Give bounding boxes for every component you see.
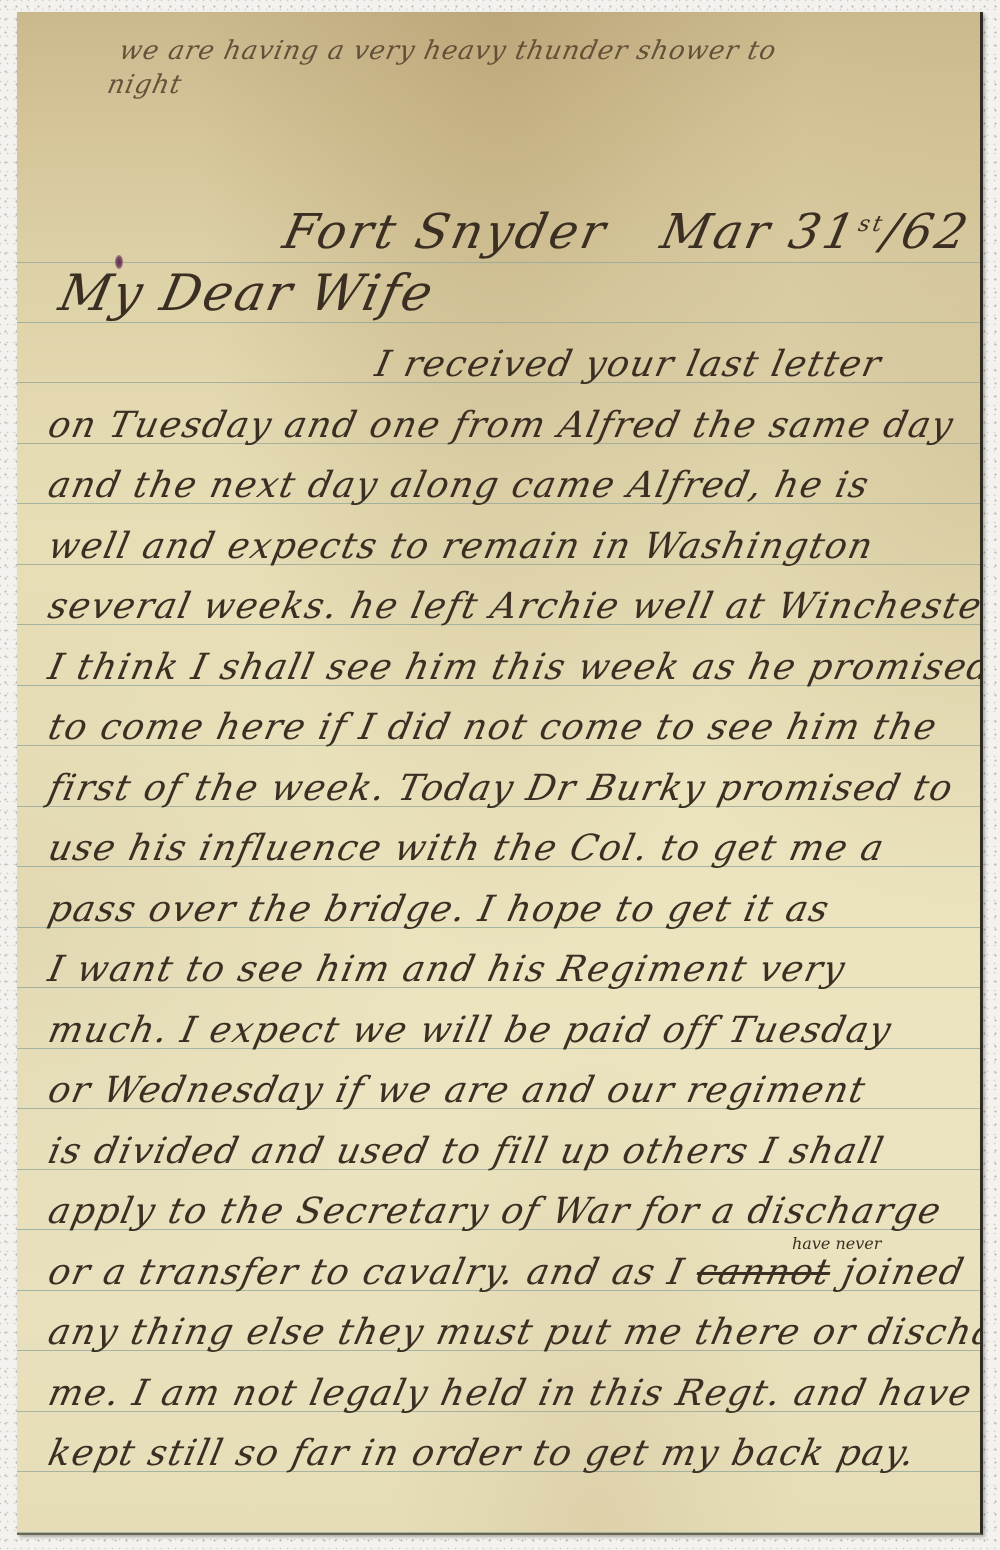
body-line-4: well and expects to remain in Washington: [45, 529, 877, 565]
rule-line: [17, 262, 980, 263]
body-line-9: use his influence with the Col. to get m…: [45, 831, 888, 867]
body-line-1: I received your last letter: [372, 347, 885, 383]
body-line-14: is divided and used to fill up others I …: [45, 1134, 888, 1170]
rule-line: [17, 1532, 980, 1533]
body-line-2: on Tuesday and one from Alfred the same …: [45, 408, 957, 444]
heading-place: Fort Snyder: [278, 204, 613, 260]
body-line-16: or a transfer to cavalry. and as I canno…: [45, 1255, 968, 1291]
interlinear-insertion: have never: [792, 1234, 881, 1253]
body-line-17: any thing else they must put me there or…: [45, 1315, 983, 1351]
body-line-3: and the next day along came Alfred, he i…: [45, 468, 873, 504]
struck-word: cannot: [693, 1252, 835, 1293]
body-line-13: or Wednesday if we are and our regiment: [45, 1073, 869, 1109]
heading-date: Mar 31: [656, 204, 863, 260]
body-line-8: first of the week. Today Dr Burky promis…: [45, 771, 957, 807]
body-line-6: I think I shall see him this week as he …: [45, 650, 983, 686]
body-line-11: I want to see him and his Regiment very: [45, 952, 849, 988]
letter-heading: Fort Snyder Mar 31st/62: [279, 208, 974, 256]
salutation: My Dear Wife: [55, 268, 439, 318]
rule-line: [17, 322, 980, 323]
heading-year: /62: [877, 204, 975, 260]
body-line-19: kept still so far in order to get my bac…: [45, 1436, 919, 1472]
body-line-18: me. I am not legaly held in this Regt. a…: [45, 1376, 976, 1412]
postscript-line-1: we are having a very heavy thunder showe…: [117, 38, 779, 64]
body-line-5: several weeks. he left Archie well at Wi…: [45, 589, 983, 625]
body-line-15: apply to the Secretary of War for a disc…: [45, 1194, 945, 1230]
body-line-12: much. I expect we will be paid off Tuesd…: [45, 1013, 895, 1049]
body-line-10: pass over the bridge. I hope to get it a…: [45, 892, 833, 928]
body-line-7: to come here if I did not come to see hi…: [45, 710, 941, 746]
body-line-16-after: joined: [826, 1252, 969, 1293]
letter-page: we are having a very heavy thunder showe…: [17, 12, 983, 1535]
postscript-line-2: night: [105, 72, 184, 98]
body-line-16-text: or a transfer to cavalry. and as I: [45, 1252, 702, 1293]
body-line-6-text: I think I shall see him this week as he …: [45, 647, 983, 688]
